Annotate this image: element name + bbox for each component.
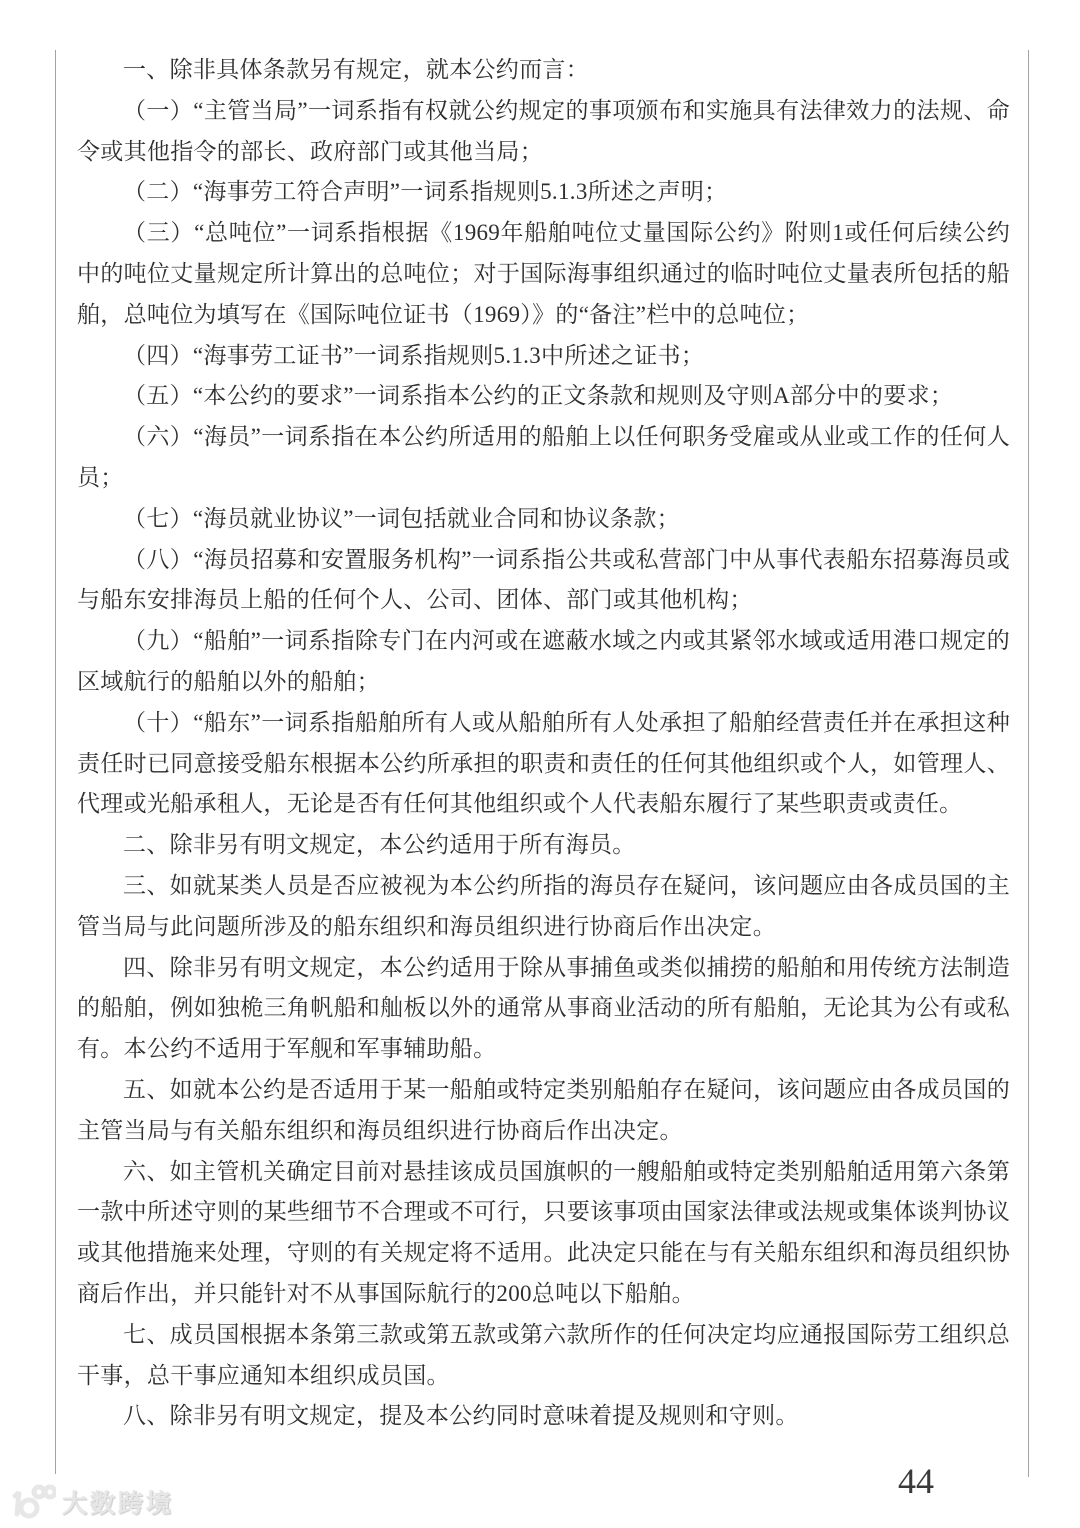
paragraph: 五、如就本公约是否适用于某一船舶或特定类别船舶存在疑问，该问题应由各成员国的主管…: [77, 1070, 1010, 1152]
document-body: 一、除非具体条款另有规定，就本公约而言： （一）“主管当局”一词系指有权就公约规…: [77, 50, 1010, 1437]
paragraph: 七、成员国根据本条第三款或第五款或第六款所作的任何决定均应通报国际劳工组织总干事…: [77, 1315, 1010, 1397]
paragraph: 二、除非另有明文规定，本公约适用于所有海员。: [77, 825, 1010, 866]
page-number: 44: [898, 1460, 934, 1502]
paragraph: （八）“海员招募和安置服务机构”一词系指公共或私营部门中从事代表船东招募海员或与…: [77, 540, 1010, 622]
paragraph: 四、除非另有明文规定，本公约适用于除从事捕鱼或类似捕捞的船舶和用传统方法制造的船…: [77, 948, 1010, 1070]
page-border-left: [55, 50, 56, 1474]
paragraph: 一、除非具体条款另有规定，就本公约而言：: [77, 50, 1010, 91]
paragraph: （十）“船东”一词系指船舶所有人或从船舶所有人处承担了船舶经营责任并在承担这种责…: [77, 703, 1010, 825]
watermark: 大数跨境: [8, 1484, 174, 1520]
brand-100-logo-icon: [8, 1484, 56, 1520]
paragraph: （六）“海员”一词系指在本公约所适用的船舶上以任何职务受雇或从业或工作的任何人员…: [77, 417, 1010, 499]
paragraph: 三、如就某类人员是否应被视为本公约所指的海员存在疑问，该问题应由各成员国的主管当…: [77, 866, 1010, 948]
paragraph: （五）“本公约的要求”一词系指本公约的正文条款和规则及守则A部分中的要求；: [77, 376, 1010, 417]
paragraph: （七）“海员就业协议”一词包括就业合同和协议条款；: [77, 499, 1010, 540]
paragraph: 八、除非另有明文规定，提及本公约同时意味着提及规则和守则。: [77, 1396, 1010, 1437]
paragraph: （二）“海事劳工符合声明”一词系指规则5.1.3所述之声明；: [77, 172, 1010, 213]
watermark-text: 大数跨境: [62, 1484, 174, 1520]
paragraph: （四）“海事劳工证书”一词系指规则5.1.3中所述之证书；: [77, 336, 1010, 377]
paragraph: （九）“船舶”一词系指除专门在内河或在遮蔽水域之内或其紧邻水域或适用港口规定的区…: [77, 621, 1010, 703]
paragraph: （三）“总吨位”一词系指根据《1969年船舶吨位丈量国际公约》附则1或任何后续公…: [77, 213, 1010, 335]
paragraph: （一）“主管当局”一词系指有权就公约规定的事项颁布和实施具有法律效力的法规、命令…: [77, 91, 1010, 173]
page-border-right: [1028, 50, 1029, 1477]
paragraph: 六、如主管机关确定目前对悬挂该成员国旗帜的一艘船舶或特定类别船舶适用第六条第一款…: [77, 1152, 1010, 1315]
